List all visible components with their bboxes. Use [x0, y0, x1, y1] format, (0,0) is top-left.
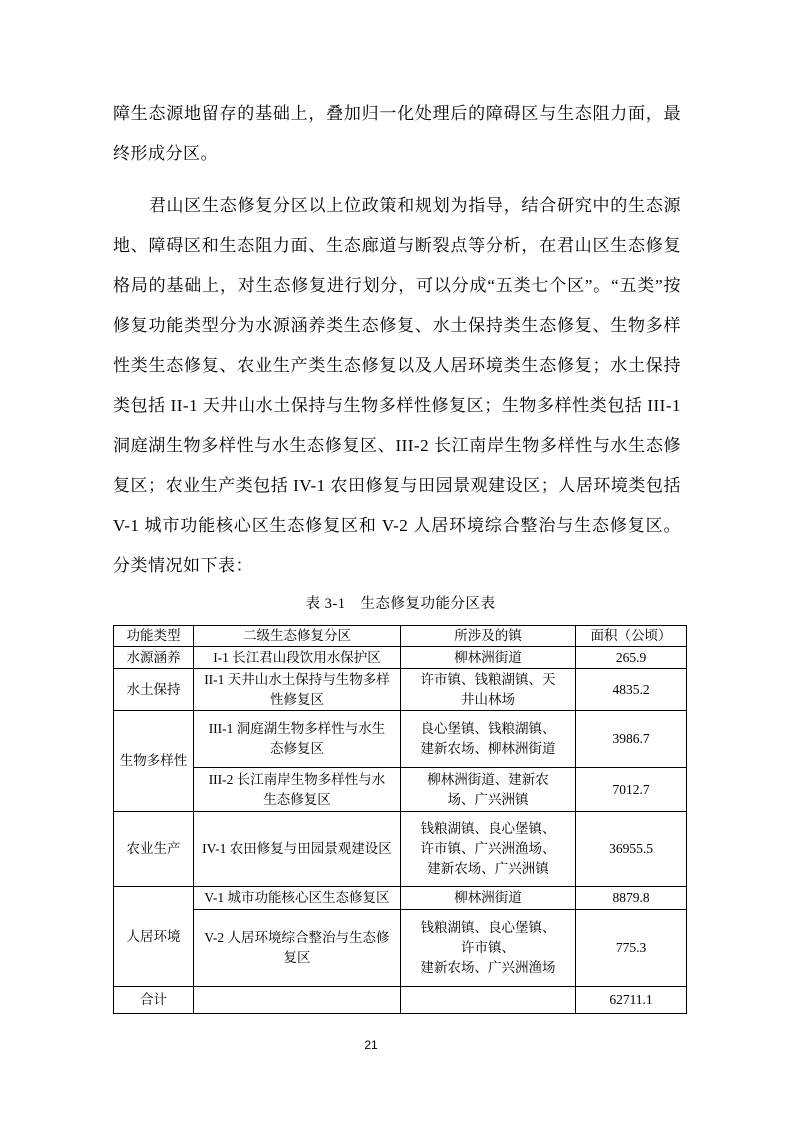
cell-category: 水源涵养: [114, 647, 194, 669]
table-row: 水土保持 II-1 天井山水土保持与生物多样 性修复区 许市镇、钱粮湖镇、天 井…: [114, 669, 687, 711]
cell-towns: 许市镇、钱粮湖镇、天 井山林场: [401, 669, 576, 711]
paragraph-continuation: 障生态源地留存的基础上，叠加归一化处理后的障碍区与生态阻力面，最终形成分区。: [113, 94, 681, 174]
body-text-block: 障生态源地留存的基础上，叠加归一化处理后的障碍区与生态阻力面，最终形成分区。 君…: [113, 94, 681, 594]
cell-towns: 钱粮湖镇、良心堡镇、 许市镇、 建新农场、广兴洲渔场: [401, 910, 576, 987]
functional-zoning-table: 功能类型 二级生态修复分区 所涉及的镇 面积（公顷） 水源涵养 I-1 长江君山…: [113, 625, 687, 1014]
zoning-table-block: 表 3-1 生态修复功能分区表 功能类型 二级生态修复分区 所涉及的镇 面积（公…: [113, 594, 688, 1014]
header-function-type: 功能类型: [114, 626, 194, 647]
header-area-hectares: 面积（公顷）: [576, 626, 687, 647]
cell-empty: [194, 987, 401, 1014]
table-caption: 表 3-1 生态修复功能分区表: [113, 594, 688, 615]
table-row: 人居环境 V-1 城市功能核心区生态修复区 柳林洲街道 8879.8: [114, 887, 687, 910]
cell-zone: III-1 洞庭湖生物多样性与水生 态修复区: [194, 711, 401, 768]
table-total-row: 合计 62711.1: [114, 987, 687, 1014]
cell-towns: 柳林洲街道: [401, 647, 576, 669]
cell-category: 农业生产: [114, 812, 194, 887]
cell-zone: II-1 天井山水土保持与生物多样 性修复区: [194, 669, 401, 711]
table-row: 生物多样性 III-1 洞庭湖生物多样性与水生 态修复区 良心堡镇、钱粮湖镇、 …: [114, 711, 687, 768]
cell-area: 775.3: [576, 910, 687, 987]
cell-towns: 良心堡镇、钱粮湖镇、 建新农场、柳林洲街道: [401, 711, 576, 768]
table-row: V-2 人居环境综合整治与生态修 复区 钱粮湖镇、良心堡镇、 许市镇、 建新农场…: [114, 910, 687, 987]
cell-total-label: 合计: [114, 987, 194, 1014]
page-number: 21: [0, 1038, 742, 1052]
cell-zone: I-1 长江君山段饮用水保护区: [194, 647, 401, 669]
cell-area: 265.9: [576, 647, 687, 669]
cell-zone: V-1 城市功能核心区生态修复区: [194, 887, 401, 910]
cell-category-human-settlement: 人居环境: [114, 887, 194, 987]
header-towns-involved: 所涉及的镇: [401, 626, 576, 647]
document-page: 障生态源地留存的基础上，叠加归一化处理后的障碍区与生态阻力面，最终形成分区。 君…: [0, 0, 794, 1122]
cell-zone: III-2 长江南岸生物多样性与水 生态修复区: [194, 768, 401, 812]
table-header-row: 功能类型 二级生态修复分区 所涉及的镇 面积（公顷）: [114, 626, 687, 647]
header-secondary-zone: 二级生态修复分区: [194, 626, 401, 647]
table-row: 水源涵养 I-1 长江君山段饮用水保护区 柳林洲街道 265.9: [114, 647, 687, 669]
cell-area: 36955.5: [576, 812, 687, 887]
paragraph-zoning-description: 君山区生态修复分区以上位政策和规划为指导，结合研究中的生态源地、障碍区和生态阻力…: [113, 186, 681, 586]
table-row: 农业生产 IV-1 农田修复与田园景观建设区 钱粮湖镇、良心堡镇、 许市镇、广兴…: [114, 812, 687, 887]
cell-towns: 柳林洲街道: [401, 887, 576, 910]
cell-category: 水土保持: [114, 669, 194, 711]
cell-area: 4835.2: [576, 669, 687, 711]
cell-total-area: 62711.1: [576, 987, 687, 1014]
cell-area: 3986.7: [576, 711, 687, 768]
cell-empty: [401, 987, 576, 1014]
cell-area: 8879.8: [576, 887, 687, 910]
cell-towns: 柳林洲街道、建新农 场、广兴洲镇: [401, 768, 576, 812]
cell-zone: V-2 人居环境综合整治与生态修 复区: [194, 910, 401, 987]
cell-area: 7012.7: [576, 768, 687, 812]
cell-zone: IV-1 农田修复与田园景观建设区: [194, 812, 401, 887]
table-row: III-2 长江南岸生物多样性与水 生态修复区 柳林洲街道、建新农 场、广兴洲镇…: [114, 768, 687, 812]
cell-towns: 钱粮湖镇、良心堡镇、 许市镇、广兴洲渔场、 建新农场、广兴洲镇: [401, 812, 576, 887]
cell-category-biodiversity: 生物多样性: [114, 711, 194, 812]
